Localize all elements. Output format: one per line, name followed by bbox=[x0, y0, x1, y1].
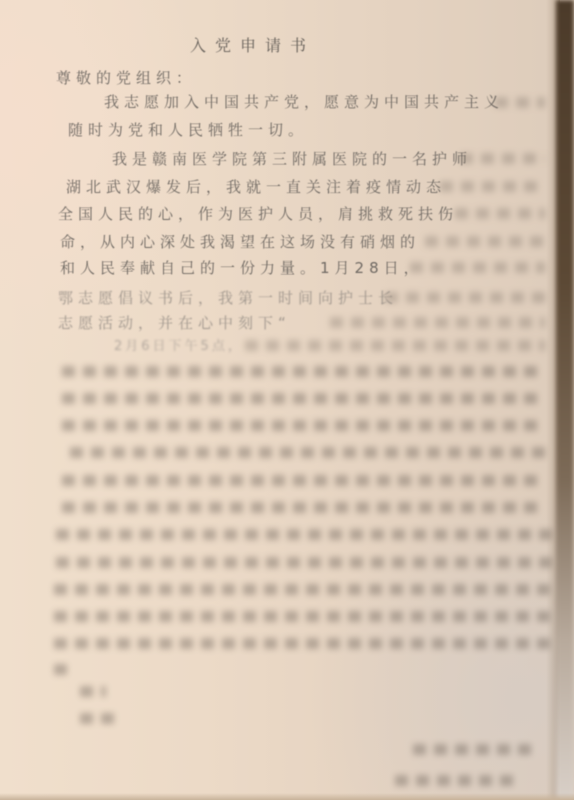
blurred-text bbox=[385, 292, 545, 303]
blurred-text bbox=[495, 97, 545, 108]
signature-blurred bbox=[413, 744, 533, 755]
blurred-text bbox=[70, 447, 545, 458]
page-edge bbox=[556, 0, 574, 800]
blurred-text bbox=[425, 236, 545, 247]
blurred-text bbox=[56, 557, 556, 568]
blurred-text bbox=[440, 181, 545, 192]
paragraph-3-line-1: 2月6日下午5点， bbox=[114, 335, 244, 354]
letter-title: 入党申请书 bbox=[190, 33, 315, 56]
blurred-text bbox=[330, 317, 545, 328]
paragraph-2-line-5: 和人民奉献自己的一份力量。1月28日， bbox=[60, 257, 424, 278]
blurred-text bbox=[62, 475, 545, 486]
blurred-text bbox=[54, 664, 74, 675]
paragraph-1-line-1: 我志愿加入中国共产党，愿意为中国共产主义 bbox=[104, 91, 504, 112]
paragraph-2-line-4: 命，从内心深处我渴望在这场没有硝烟的 bbox=[60, 231, 420, 252]
blurred-text bbox=[54, 611, 556, 622]
page-bottom-edge bbox=[0, 793, 574, 800]
blurred-text bbox=[56, 529, 556, 540]
date-blurred bbox=[395, 775, 520, 786]
blurred-text bbox=[54, 638, 554, 649]
blurred-text bbox=[62, 366, 545, 377]
paragraph-2-line-1: 我是赣南医学院第三附属医院的一名护师 bbox=[112, 148, 472, 169]
blurred-text bbox=[455, 208, 545, 219]
paragraph-2-line-6: 鄂志愿倡议书后，我第一时间向护士长 bbox=[58, 287, 398, 308]
closing-line-2-blurred bbox=[80, 713, 118, 724]
paragraph-2-line-3: 全国人民的心，作为医护人员，肩挑救死扶伤 bbox=[58, 203, 458, 224]
blurred-text bbox=[62, 393, 545, 404]
salutation: 尊敬的党组织： bbox=[56, 67, 196, 88]
blurred-text bbox=[54, 584, 556, 595]
handwritten-application-letter: 入党申请书 尊敬的党组织： 我志愿加入中国共产党，愿意为中国共产主义 随时为党和… bbox=[0, 0, 574, 800]
paragraph-2-line-7: 志愿活动，并在心中刻下“ bbox=[58, 312, 291, 333]
blurred-text bbox=[410, 262, 545, 273]
blurred-text bbox=[62, 420, 545, 431]
blurred-text bbox=[245, 340, 545, 351]
blurred-text bbox=[460, 153, 545, 164]
blurred-text bbox=[62, 502, 545, 513]
paragraph-1-line-2: 随时为党和人民牺牲一切。 bbox=[68, 119, 308, 140]
closing-line-1-blurred bbox=[80, 686, 106, 697]
paragraph-2-line-2: 湖北武汉爆发后，我就一直关注着疫情动态 bbox=[66, 176, 446, 197]
